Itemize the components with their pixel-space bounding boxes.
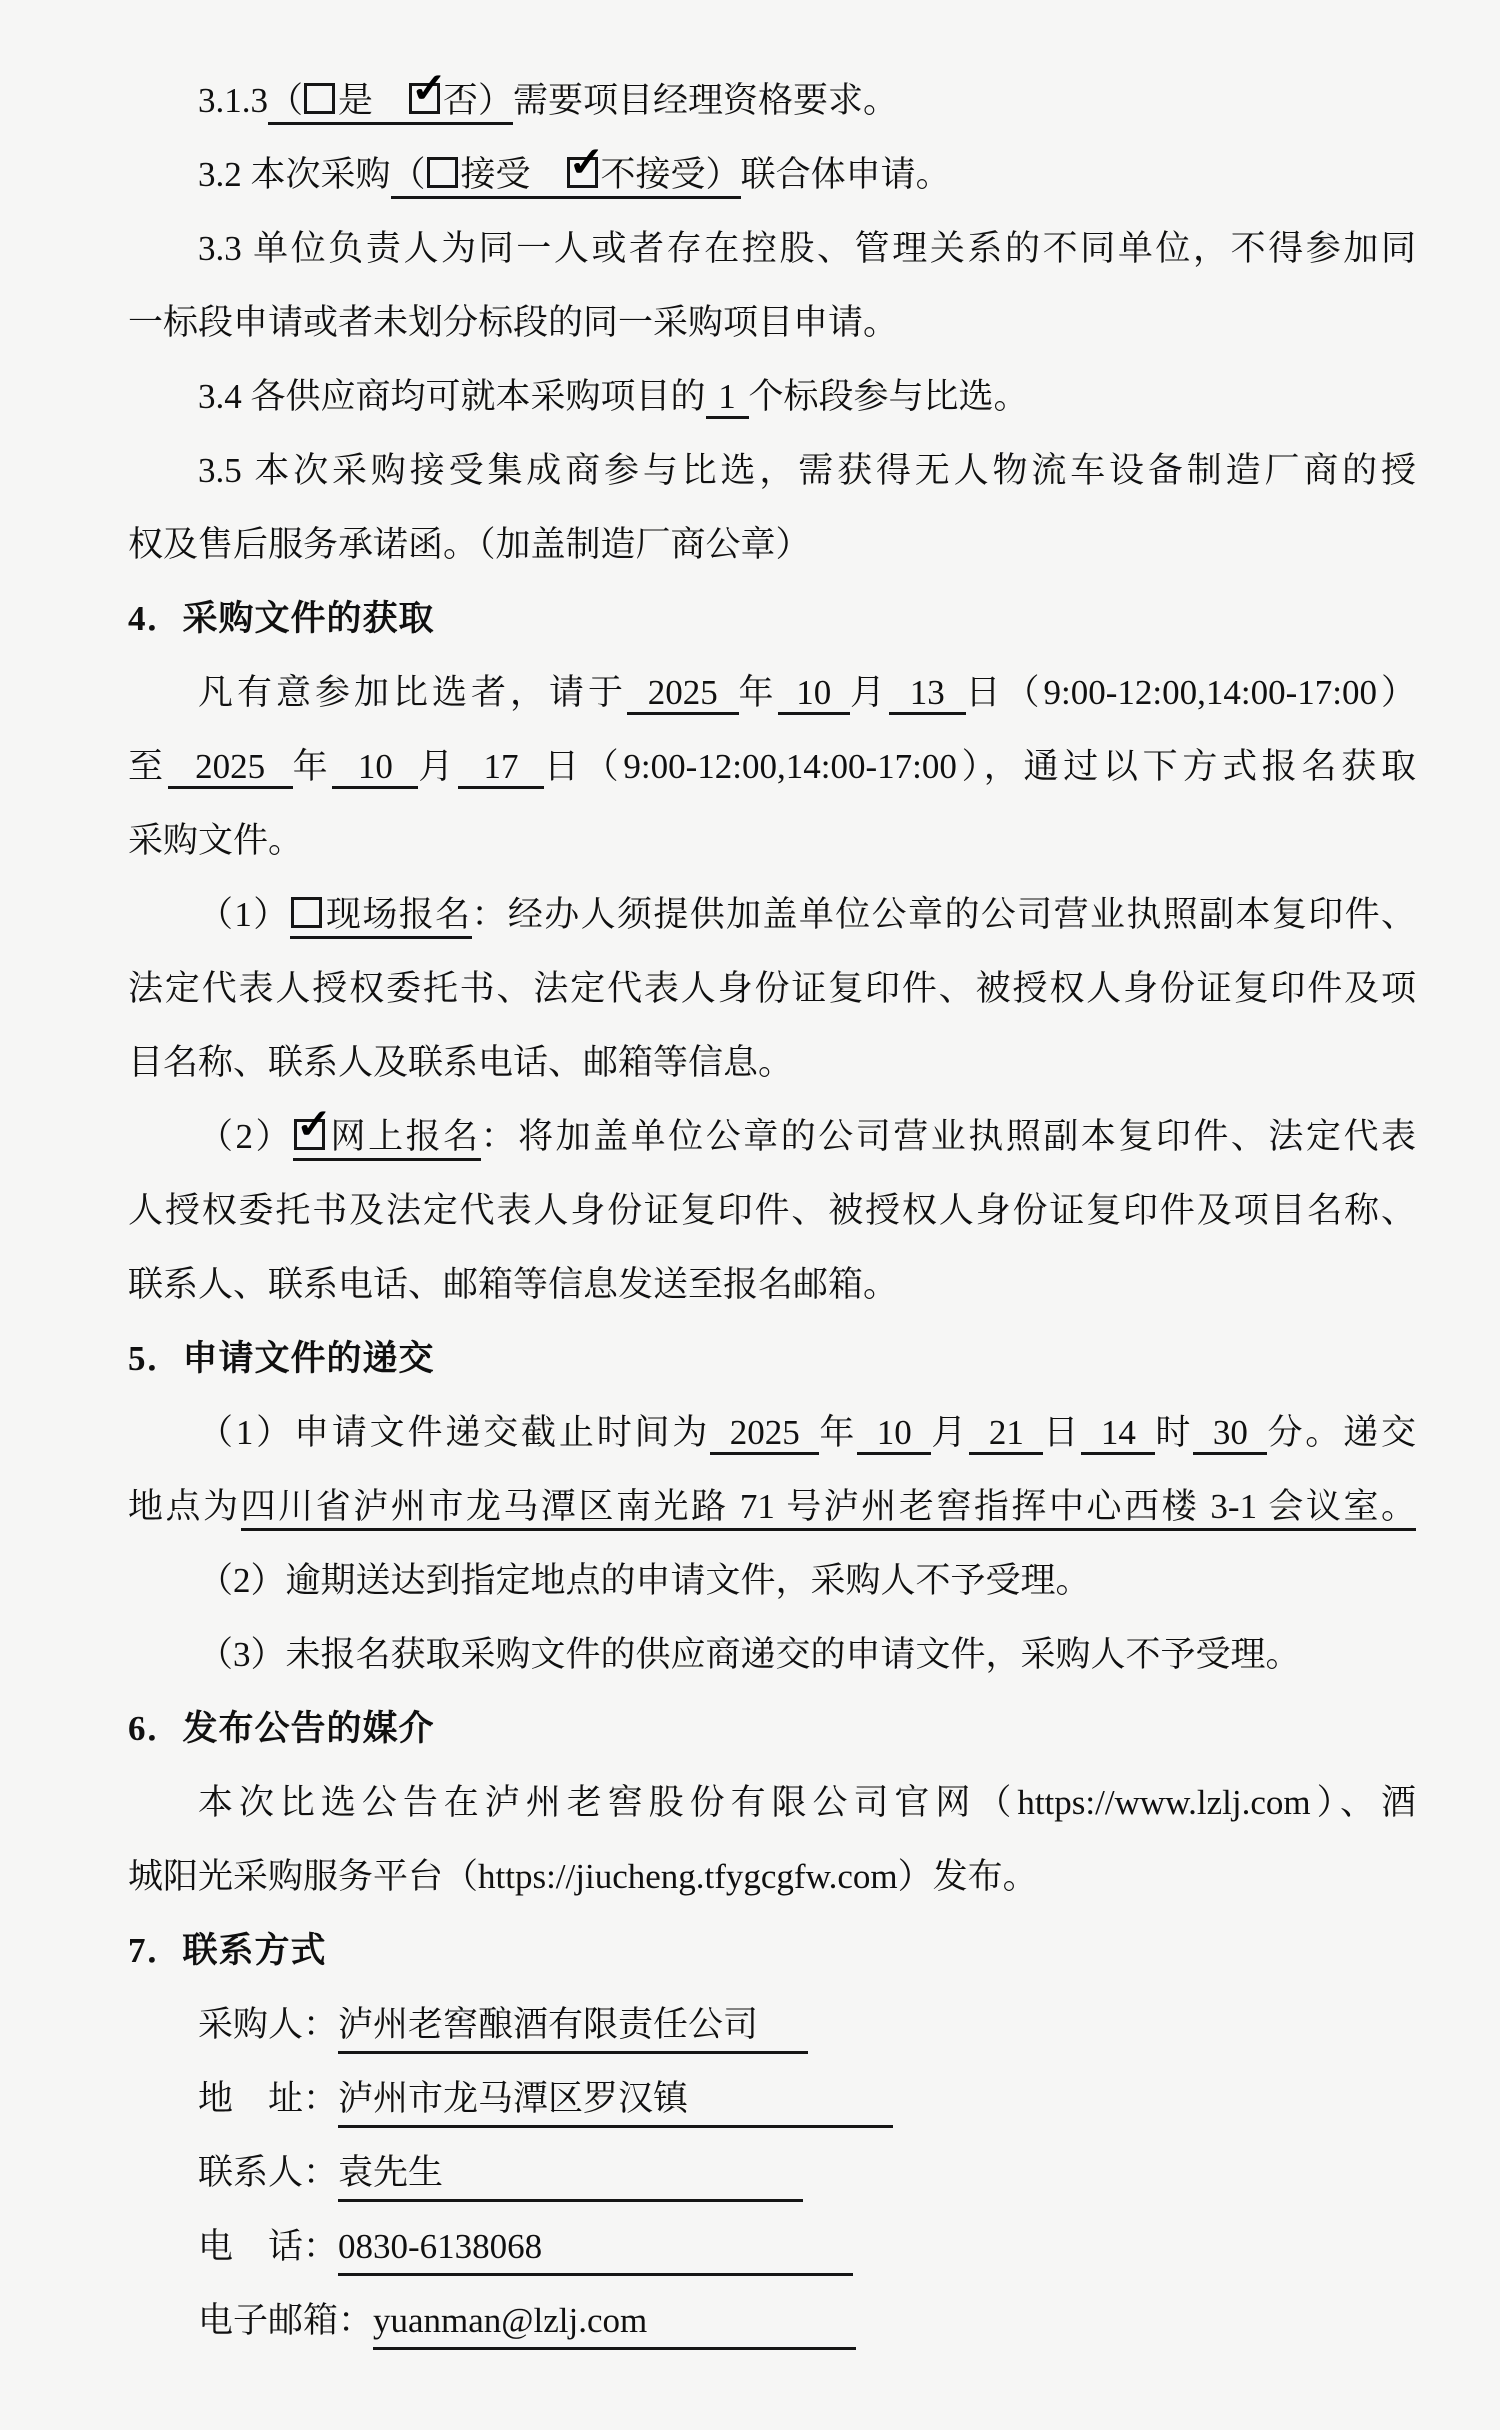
document-page: 3.1.3（是 ✓否）需要项目经理资格要求。3.2 本次采购（接受 ✓不接受）联… xyxy=(0,0,1500,2358)
text-run: 月 xyxy=(931,1413,969,1452)
text-run: 月 xyxy=(850,673,889,712)
address-value: 泸州市龙马潭区罗汉镇 xyxy=(338,2077,893,2128)
text-run: 6．发布公告的媒介 xyxy=(128,1709,435,1748)
text-run: 联系人、联系电话、邮箱等信息发送至报名邮箱。 xyxy=(128,1265,898,1304)
text-run: 2025 xyxy=(718,1413,811,1452)
clause-3-5-line-1: 3.5 本次采购接受集成商参与比选，需获得无人物流车设备制造厂商的授 xyxy=(128,434,1416,508)
text-run: （1）申请文件递交截止时间为 xyxy=(198,1413,710,1452)
text-run: 电子邮箱： xyxy=(198,2301,373,2340)
blank-deadline-hour: 14 xyxy=(1081,1413,1155,1455)
contact-person-value: 袁先生 xyxy=(338,2151,803,2202)
clause-3-4: 3.4 各供应商均可就本采购项目的 1 个标段参与比选。 xyxy=(128,360,1416,434)
section-6-body-line-1: 本次比选公告在泸州老窖股份有限公司官网（https://www.lzlj.com… xyxy=(128,1766,1416,1840)
text-run: （2）逾期送达到指定地点的申请文件，采购人不予受理。 xyxy=(198,1561,1091,1600)
text-run: 2025 xyxy=(182,747,279,786)
text-run: （ xyxy=(268,81,303,120)
section-6-body-line-2: 城阳光采购服务平台（https://jiucheng.tfygcgfw.com）… xyxy=(128,1840,1416,1914)
section-4-body-line-3: 采购文件。 xyxy=(128,804,1416,878)
text-run: 13 xyxy=(897,673,958,712)
text-run: （1） xyxy=(198,895,290,934)
text-run: （ xyxy=(391,155,426,194)
checkbox-no: ✓ xyxy=(409,83,440,114)
text-run: 联合体申请。 xyxy=(741,155,951,194)
clause-3-2: 3.2 本次采购（接受 ✓不接受）联合体申请。 xyxy=(128,138,1416,212)
clause-3-3-line-2: 一标段申请或者未划分标段的同一采购项目申请。 xyxy=(128,286,1416,360)
text-run: 日（9:00-12:00,14:00-17:00） xyxy=(966,673,1416,712)
text-run: 一标段申请或者未划分标段的同一采购项目申请。 xyxy=(128,303,898,342)
text-run: 网上报名 xyxy=(328,1117,481,1156)
text-run: 17 xyxy=(470,747,532,786)
section-7-heading: 7．联系方式 xyxy=(128,1914,1416,1988)
blank-submission-address: 四川省泸州市龙马潭区南光路 71 号泸州老窖指挥中心西楼 3-1 会议室。 xyxy=(241,1487,1416,1531)
text-run: 电 话： xyxy=(198,2227,338,2266)
text-run: 凡有意参加比选者，请于 xyxy=(198,673,627,712)
online-registration-line-1: （2）✓网上报名：将加盖单位公章的公司营业执照副本复印件、法定代表 xyxy=(128,1100,1416,1174)
text-run: 14 xyxy=(1089,1413,1147,1452)
text-run: 否） xyxy=(443,81,513,120)
text-run: 人授权委托书及法定代表人身份证复印件、被授权人身份证复印件及项目名称、 xyxy=(128,1191,1416,1230)
checkbox-yes xyxy=(304,83,335,114)
contact-email: 电子邮箱：yuanman@lzlj.com xyxy=(128,2284,1416,2358)
text-run: 日 xyxy=(1043,1413,1081,1452)
text-run: 目名称、联系人及联系电话、邮箱等信息。 xyxy=(128,1043,793,1082)
text-run: 泸州市龙马潭区罗汉镇 xyxy=(338,2079,688,2118)
check-icon: ✓ xyxy=(410,67,447,111)
text-run: 3.2 本次采购 xyxy=(198,155,391,194)
section-4-heading: 4．采购文件的获取 xyxy=(128,582,1416,656)
text-run: 时 xyxy=(1155,1413,1193,1452)
section-6-heading: 6．发布公告的媒介 xyxy=(128,1692,1416,1766)
onsite-registration-line-2: 法定代表人授权委托书、法定代表人身份证复印件、被授权人身份证复印件及项 xyxy=(128,952,1416,1026)
text-run: 法定代表人授权委托书、法定代表人身份证复印件、被授权人身份证复印件及项 xyxy=(128,969,1416,1008)
email-value: yuanman@lzlj.com xyxy=(373,2299,856,2350)
blank-start-month: 10 xyxy=(778,673,851,715)
clause-3-5-line-2: 权及售后服务承诺函。（加盖制造厂商公章） xyxy=(128,508,1416,582)
text-run: 3.1.3 xyxy=(198,81,268,120)
contact-purchaser: 采购人：泸州老窖酿酒有限责任公司 xyxy=(128,1988,1416,2062)
text-run: 10 xyxy=(344,747,406,786)
text-run: （3）未报名获取采购文件的供应商递交的申请文件，采购人不予受理。 xyxy=(198,1635,1301,1674)
blank-end-year: 2025 xyxy=(168,747,293,789)
text-run: 采购人： xyxy=(198,2005,338,2044)
checkbox-not-accept: ✓ xyxy=(567,157,598,188)
contact-phone: 电 话：0830-6138068 xyxy=(128,2210,1416,2284)
text-run: 个标段参与比选。 xyxy=(749,377,1029,416)
text-run: 月 xyxy=(418,747,458,786)
check-icon: ✓ xyxy=(295,1103,332,1147)
text-run: 7．联系方式 xyxy=(128,1931,327,1970)
section-5-item-2: （2）逾期送达到指定地点的申请文件，采购人不予受理。 xyxy=(128,1544,1416,1618)
text-run: 四川省泸州市龙马潭区南光路 71 号泸州老窖指挥中心西楼 3-1 会议室。 xyxy=(241,1487,1416,1526)
section-4-body-line-1: 凡有意参加比选者，请于 2025 年 10 月 13 日（9:00-12:00,… xyxy=(128,656,1416,730)
section-5-item-3: （3）未报名获取采购文件的供应商递交的申请文件，采购人不予受理。 xyxy=(128,1618,1416,1692)
blank-deadline-day: 21 xyxy=(969,1413,1043,1455)
text-run: yuanman@lzlj.com xyxy=(373,2301,647,2340)
text-run: ：将加盖单位公章的公司营业执照副本复印件、法定代表 xyxy=(481,1117,1416,1156)
text-run: 5．申请文件的递交 xyxy=(128,1339,435,1378)
text-run: 是 xyxy=(338,81,408,120)
blank-joint-venture: （接受 ✓不接受） xyxy=(391,155,741,199)
text-run: 地 址： xyxy=(198,2079,338,2118)
document-body: 3.1.3（是 ✓否）需要项目经理资格要求。3.2 本次采购（接受 ✓不接受）联… xyxy=(0,0,1500,2358)
text-run: 0830-6138068 xyxy=(338,2227,542,2266)
text-run: 2025 xyxy=(635,673,731,712)
text-run: 城阳光采购服务平台（https://jiucheng.tfygcgfw.com）… xyxy=(128,1857,1038,1896)
text-run: 10 xyxy=(865,1413,923,1452)
section-5-item-1-line-1: （1）申请文件递交截止时间为 2025 年 10 月 21 日 14 时 30 … xyxy=(128,1396,1416,1470)
blank-pm-requirement: （是 ✓否） xyxy=(268,81,513,125)
text-run: （2） xyxy=(198,1117,293,1156)
phone-value: 0830-6138068 xyxy=(338,2225,853,2276)
blank-deadline-month: 10 xyxy=(857,1413,931,1455)
online-registration-line-2: 人授权委托书及法定代表人身份证复印件、被授权人身份证复印件及项目名称、 xyxy=(128,1174,1416,1248)
text-run: ：经办人须提供加盖单位公章的公司营业执照副本复印件、 xyxy=(472,895,1416,934)
text-run: 3.3 单位负责人为同一人或者存在控股、管理关系的不同单位，不得参加同 xyxy=(198,229,1416,268)
checkbox-online-registration: ✓ xyxy=(294,1119,325,1150)
blank-lot-count: 1 xyxy=(706,377,749,419)
section-5-item-1-line-2: 地点为四川省泸州市龙马潭区南光路 71 号泸州老窖指挥中心西楼 3-1 会议室。 xyxy=(128,1470,1416,1544)
text-run: 本次比选公告在泸州老窖股份有限公司官网（https://www.lzlj.com… xyxy=(198,1783,1416,1822)
blank-start-day: 13 xyxy=(889,673,966,715)
blank-deadline-year: 2025 xyxy=(710,1413,819,1455)
text-run: 年 xyxy=(293,747,333,786)
purchaser-value: 泸州老窖酿酒有限责任公司 xyxy=(338,2003,808,2054)
text-run: 3.4 各供应商均可就本采购项目的 xyxy=(198,377,706,416)
online-registration-label: ✓网上报名 xyxy=(293,1117,481,1161)
text-run: 联系人： xyxy=(198,2153,338,2192)
text-run: 1 xyxy=(710,377,745,416)
text-run: 4．采购文件的获取 xyxy=(128,599,435,638)
text-run: 年 xyxy=(739,673,778,712)
text-run: 地点为 xyxy=(128,1487,241,1526)
text-run: 年 xyxy=(819,1413,857,1452)
check-icon: ✓ xyxy=(568,141,605,185)
text-run: 30 xyxy=(1201,1413,1259,1452)
text-run: 日（9:00-12:00,14:00-17:00），通过以下方式报名获取 xyxy=(544,747,1416,786)
online-registration-line-3: 联系人、联系电话、邮箱等信息发送至报名邮箱。 xyxy=(128,1248,1416,1322)
onsite-registration-line-3: 目名称、联系人及联系电话、邮箱等信息。 xyxy=(128,1026,1416,1100)
onsite-registration-label: 现场报名 xyxy=(290,895,472,939)
text-run: 不接受） xyxy=(601,155,741,194)
blank-end-month: 10 xyxy=(332,747,418,789)
text-run: 分。递交 xyxy=(1267,1413,1416,1452)
onsite-registration-line-1: （1）现场报名：经办人须提供加盖单位公章的公司营业执照副本复印件、 xyxy=(128,878,1416,952)
text-run: 袁先生 xyxy=(338,2153,443,2192)
text-run: 至 xyxy=(128,747,168,786)
blank-end-day: 17 xyxy=(458,747,544,789)
blank-deadline-minute: 30 xyxy=(1193,1413,1267,1455)
clause-3-3-line-1: 3.3 单位负责人为同一人或者存在控股、管理关系的不同单位，不得参加同 xyxy=(128,212,1416,286)
section-4-body-line-2: 至 2025 年 10 月 17 日（9:00-12:00,14:00-17:0… xyxy=(128,730,1416,804)
section-5-heading: 5．申请文件的递交 xyxy=(128,1322,1416,1396)
text-run: 需要项目经理资格要求。 xyxy=(513,81,898,120)
text-run: 权及售后服务承诺函。（加盖制造厂商公章） xyxy=(128,525,811,564)
contact-person: 联系人：袁先生 xyxy=(128,2136,1416,2210)
text-run: 10 xyxy=(784,673,845,712)
text-run: 3.5 本次采购接受集成商参与比选，需获得无人物流车设备制造厂商的授 xyxy=(198,451,1416,490)
blank-start-year: 2025 xyxy=(627,673,739,715)
text-run: 采购文件。 xyxy=(128,821,303,860)
checkbox-accept xyxy=(427,157,458,188)
text-run: 泸州老窖酿酒有限责任公司 xyxy=(338,2005,758,2044)
text-run: 接受 xyxy=(461,155,566,194)
text-run: 21 xyxy=(977,1413,1035,1452)
checkbox-onsite-registration xyxy=(291,897,322,928)
text-run: 现场报名 xyxy=(325,895,472,934)
clause-3-1-3: 3.1.3（是 ✓否）需要项目经理资格要求。 xyxy=(128,64,1416,138)
contact-address: 地 址：泸州市龙马潭区罗汉镇 xyxy=(128,2062,1416,2136)
